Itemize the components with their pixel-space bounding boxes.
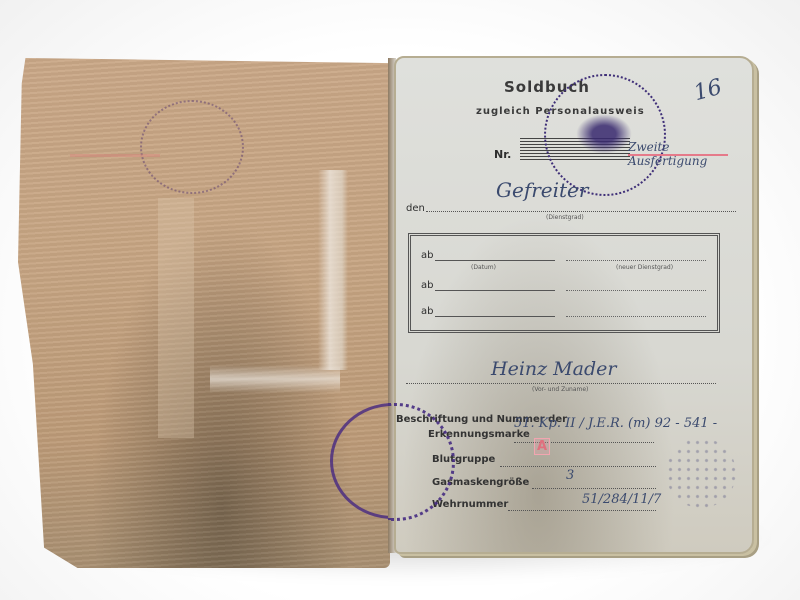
pink-mark bbox=[70, 154, 160, 157]
name-line bbox=[406, 383, 716, 384]
promotion-box: ab (Datum) (neuer Dienstgrad) ab ab bbox=[408, 233, 720, 333]
faint-stamp-icon bbox=[140, 100, 244, 194]
date-caption: (Datum) bbox=[471, 264, 496, 271]
promotion-date-line bbox=[435, 316, 555, 317]
promotion-row-label: ab bbox=[421, 306, 433, 317]
den-label: den bbox=[406, 203, 425, 214]
gas-mask-size-line bbox=[532, 488, 656, 489]
nr-label: Nr. bbox=[494, 148, 511, 161]
blood-group-value: A bbox=[534, 438, 550, 455]
gas-mask-size-value: 3 bbox=[566, 468, 574, 483]
handwritten-number: 16 bbox=[691, 75, 725, 106]
promotion-rank-line bbox=[566, 260, 706, 261]
rank-value: Gefreiter bbox=[496, 178, 588, 202]
tape-strip-vertical bbox=[318, 170, 348, 370]
name-value: Heinz Mader bbox=[491, 358, 616, 380]
promotion-date-line bbox=[435, 260, 555, 261]
id-tag-value: 51. Kp. II / J.E.R. (m) 92 - 541 - bbox=[514, 416, 717, 431]
promotion-row-label: ab bbox=[421, 250, 433, 261]
promotion-rank-line bbox=[566, 316, 706, 317]
right-id-page: Soldbuch zugleich Personalausweis Nr. 16… bbox=[394, 56, 754, 554]
ink-speckle bbox=[666, 438, 736, 508]
promotion-date-line bbox=[435, 290, 555, 291]
new-rank-caption: (neuer Dienstgrad) bbox=[616, 264, 673, 271]
tape-residue bbox=[158, 198, 194, 438]
rank-line bbox=[426, 211, 736, 212]
blood-group-line bbox=[500, 466, 656, 467]
red-underline bbox=[628, 154, 728, 156]
tape-strip-horizontal bbox=[210, 365, 340, 393]
promotion-rank-line bbox=[566, 290, 706, 291]
promotion-row-label: ab bbox=[421, 280, 433, 291]
service-number-label: Wehrnummer bbox=[432, 499, 508, 510]
service-number-line bbox=[508, 510, 656, 511]
service-number-value: 51/284/11/7 bbox=[582, 492, 661, 507]
rank-caption: (Dienstgrad) bbox=[546, 214, 584, 221]
name-caption: (Vor- und Zuname) bbox=[532, 386, 588, 393]
